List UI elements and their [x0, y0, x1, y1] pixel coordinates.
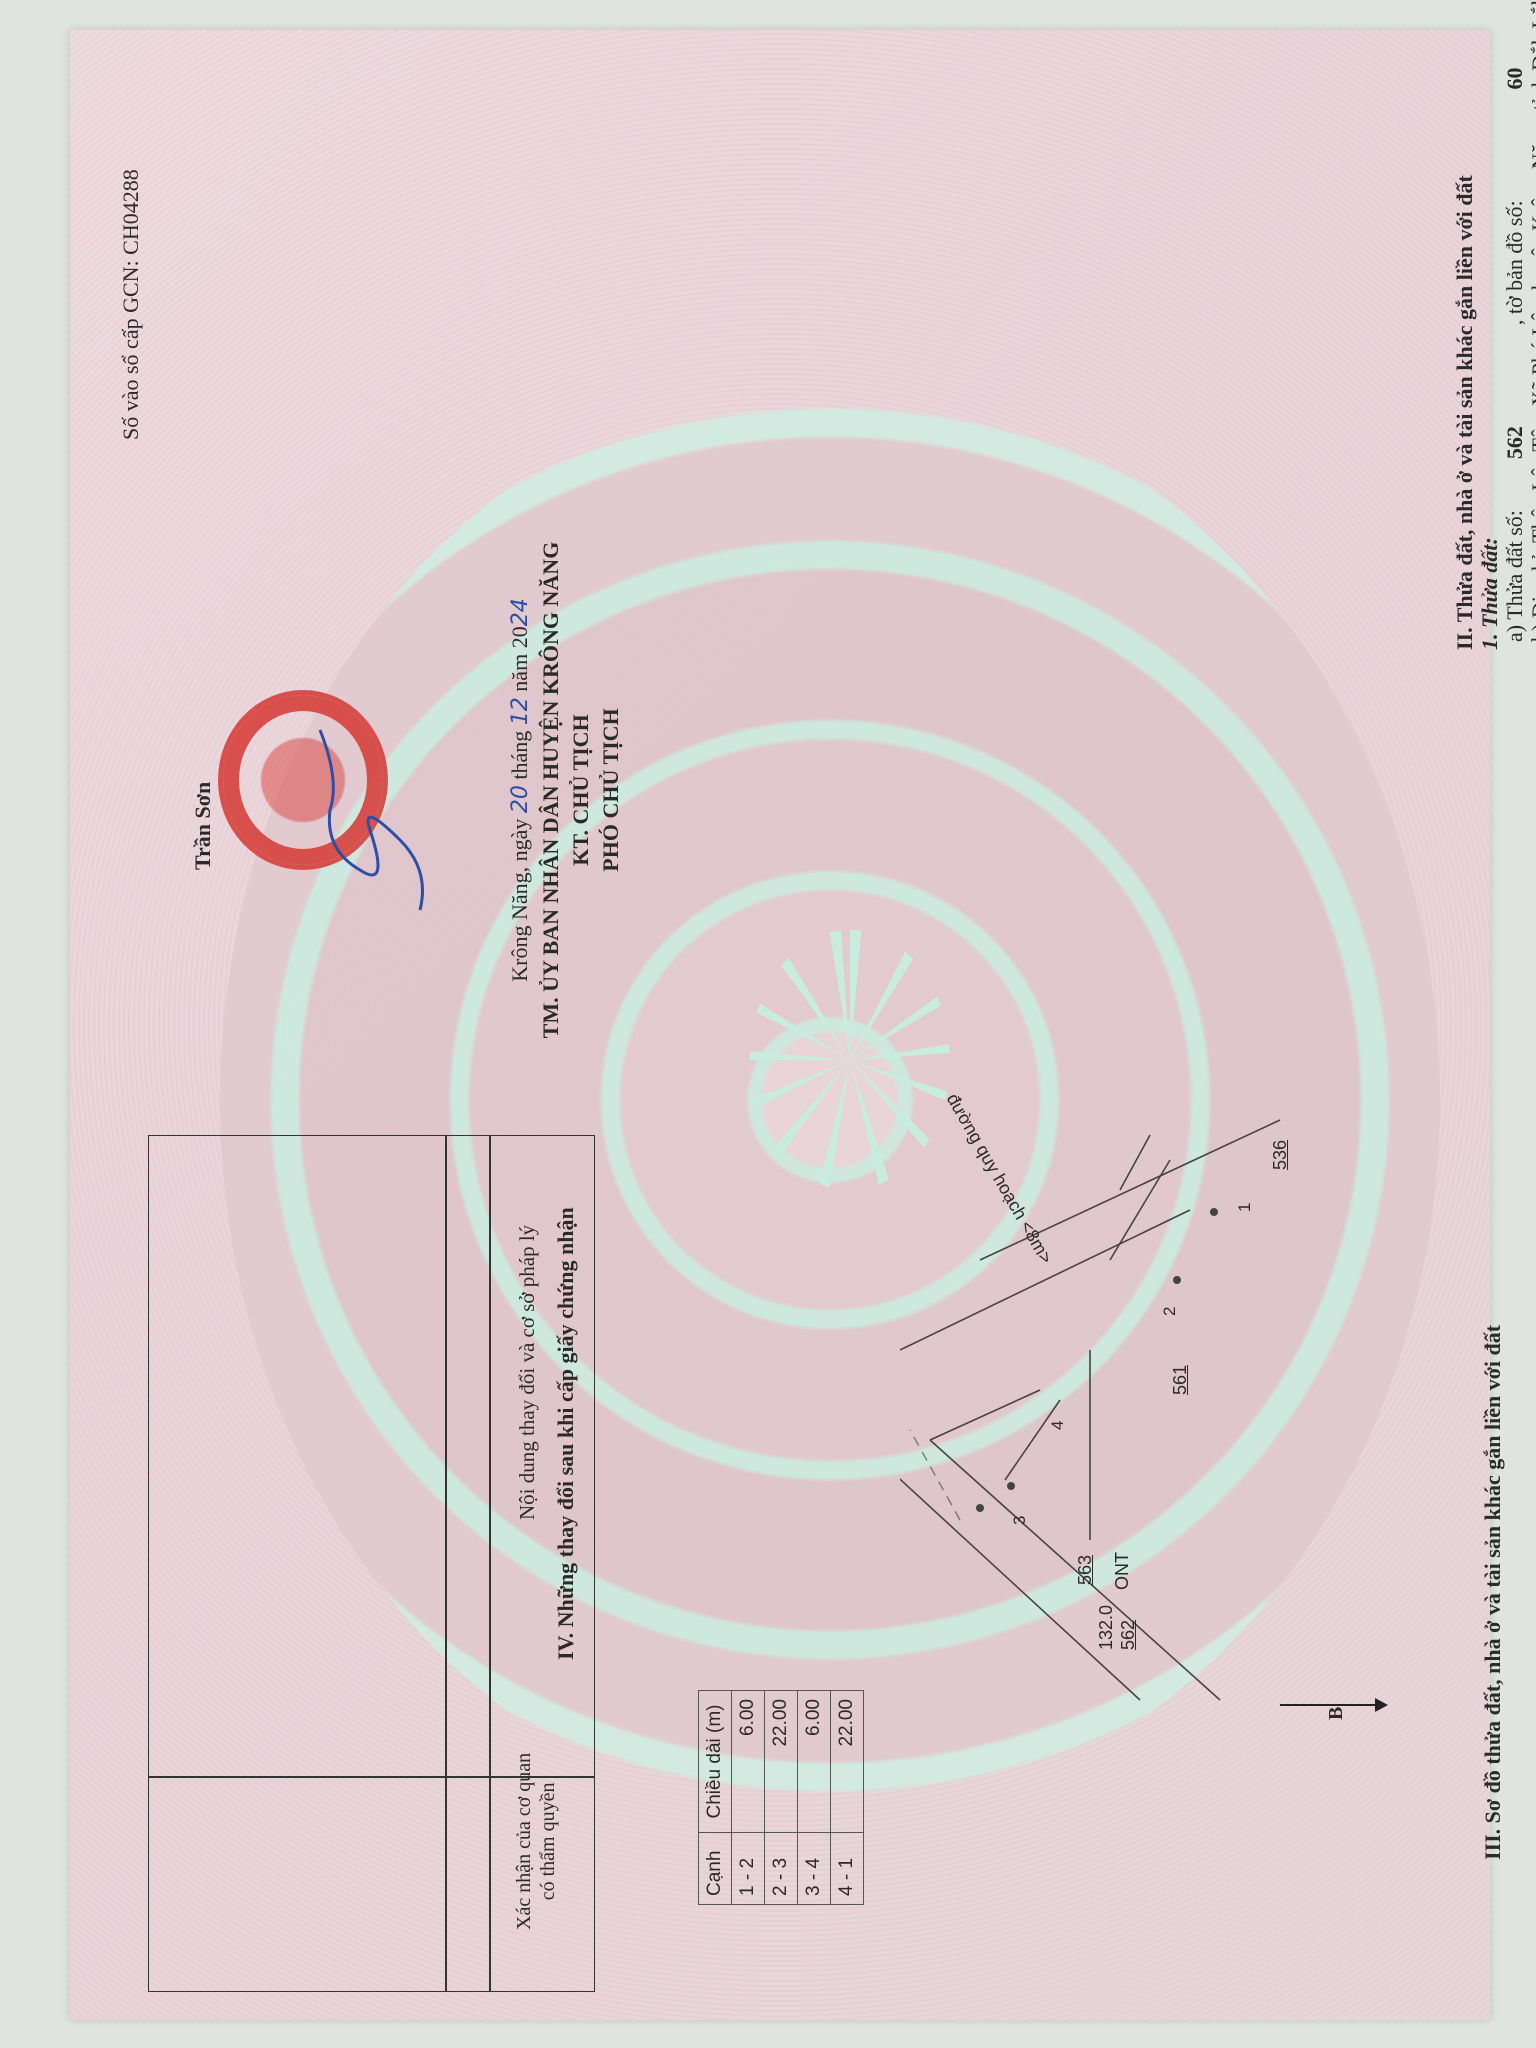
- edge-cell: 4 - 1: [831, 1833, 864, 1905]
- kt-title: KT. CHỦ TỊCH: [566, 520, 596, 1060]
- gcn-registry-number: Số vào sổ cấp GCN: CH04288: [118, 169, 144, 440]
- parcel-no: 562: [1502, 426, 1527, 459]
- place-date-prefix: Krông Năng, ngày: [507, 819, 532, 982]
- length-cell: 6.00: [798, 1691, 831, 1833]
- parcel-number-line: a) Thửa đất số: 562 , tờ bản đồ số: 60: [1502, 0, 1527, 650]
- parcel-heading: 1. Thửa đất:: [1477, 0, 1502, 650]
- edge-length-table: Cạnh Chiều dài (m) 1 - 26.00 2 - 322.00 …: [698, 1690, 864, 1905]
- signer-role: PHÓ CHỦ TỊCH: [596, 520, 626, 1060]
- length-cell: 22.00: [765, 1691, 798, 1833]
- edge-cell: 2 - 3: [765, 1833, 798, 1905]
- spacer: [149, 1136, 489, 1138]
- north-label: B: [1325, 1707, 1348, 1720]
- neighbor-561: 561: [1170, 1365, 1191, 1395]
- signature-icon: [300, 720, 450, 920]
- vertex-4: 4: [1048, 1421, 1068, 1430]
- signer-name: Trần Sơn: [190, 782, 216, 870]
- address-line: b) Địa chỉ: Thôn Lộc Tân, Xã Phú Lộc, hu…: [1527, 0, 1536, 650]
- section-land-info: II. Thửa đất, nhà ở và tài sản khác gắn …: [1452, 0, 1536, 650]
- length-cell: 6.00: [732, 1691, 765, 1833]
- header-edge: Cạnh: [699, 1833, 732, 1905]
- subheader-divider: [445, 1136, 447, 1991]
- length-cell: 22.00: [831, 1691, 864, 1833]
- table-row: 4 - 122.00: [831, 1691, 864, 1905]
- month-handwritten: 12: [508, 697, 533, 725]
- changes-col-confirm: Xác nhận của cơ quan có thẩm quyền: [512, 1753, 560, 1930]
- year-label: năm 20: [507, 626, 532, 691]
- signature-block: Krông Năng, ngày 20 tháng 12 năm 2024 TM…: [505, 520, 626, 1060]
- year-handwritten: 24: [508, 598, 533, 626]
- issuing-org: TM. ỦY BAN NHÂN DÂN HUYỆN KRÔNG NĂNG: [536, 520, 566, 1060]
- confirm-line1: Xác nhận của cơ quan: [512, 1753, 536, 1930]
- vertex-1: 1: [1235, 1203, 1255, 1212]
- table-row: 1 - 26.00: [732, 1691, 765, 1905]
- vertex-3: 3: [1010, 1516, 1030, 1525]
- parcel-diagram: [900, 1100, 1500, 1740]
- edge-cell: 1 - 2: [732, 1833, 765, 1905]
- edge-cell: 3 - 4: [798, 1833, 831, 1905]
- neighbor-536: 536: [1270, 1140, 1291, 1170]
- header-length: Chiều dài (m): [699, 1691, 732, 1833]
- north-arrow-icon: [1270, 1680, 1390, 1730]
- section2-title: II. Thửa đất, nhà ở và tài sản khác gắn …: [1452, 0, 1477, 650]
- neighbor-563: 563: [1075, 1555, 1096, 1585]
- land-type: ONT: [1112, 1552, 1133, 1590]
- header-divider: [489, 1136, 491, 1991]
- table-row: 2 - 322.00: [765, 1691, 798, 1905]
- changes-col-content: Nội dung thay đổi và cơ sở pháp lý: [515, 1225, 540, 1520]
- parcel-area-label: 132.0: [1096, 1605, 1117, 1650]
- month-label: tháng: [507, 731, 532, 780]
- day-handwritten: 20: [508, 785, 533, 813]
- place-date: Krông Năng, ngày 20 tháng 12 năm 2024: [505, 520, 536, 1060]
- parcel-label: 562: [1118, 1620, 1139, 1650]
- map-sheet-label: , tờ bản đồ số:: [1502, 200, 1527, 325]
- confirm-line2: có thẩm quyền: [536, 1753, 560, 1930]
- parcel-no-label: a) Thửa đất số:: [1502, 510, 1527, 642]
- table-header-row: Cạnh Chiều dài (m): [699, 1691, 732, 1905]
- section4-title: IV. Những thay đổi sau khi cấp giấy chứn…: [553, 1207, 579, 1660]
- vertex-2: 2: [1160, 1307, 1180, 1316]
- table-row: 3 - 46.00: [798, 1691, 831, 1905]
- map-sheet-no: 60: [1502, 67, 1527, 89]
